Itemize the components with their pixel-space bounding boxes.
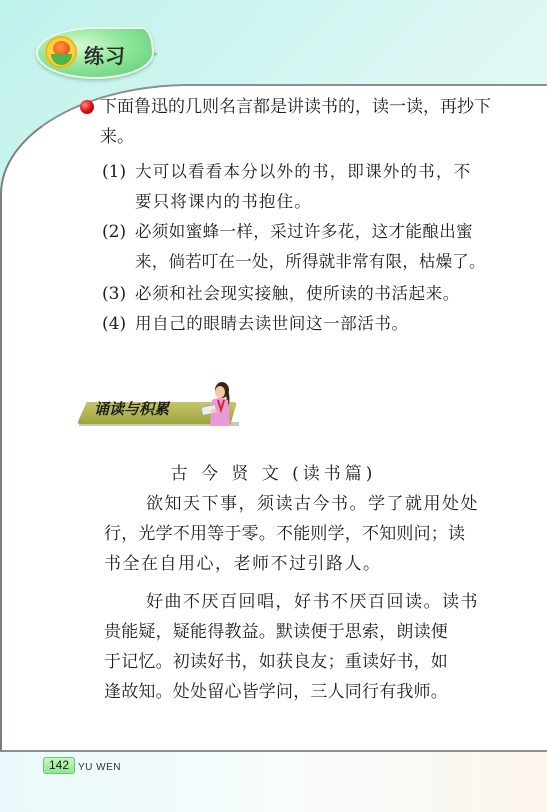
paragraph-2-line-3: 于记忆。初读好书，如获良友；重读好书，如 [104, 652, 448, 672]
quote-number-3: (3) [102, 284, 126, 304]
quote-1-line-2: 要只将课内的书抱住。 [135, 192, 312, 212]
instruction-line-1: 下面鲁迅的几则名言都是讲读书的，读一读，再抄下 [100, 97, 491, 117]
page-number-badge: 142 [43, 757, 75, 774]
quote-number-2: (2) [102, 222, 126, 242]
quote-2-line-2: 来，倘若叮在一处，所得就非常有限，枯燥了。 [135, 252, 486, 272]
footer-subject-label: YU WEN [78, 762, 121, 773]
red-ball-bullet-icon [80, 100, 94, 114]
paragraph-1-line-1: 欲知天下事，须读古今书。学了就用处处 [146, 494, 479, 514]
girl-reading-book-icon [196, 378, 244, 428]
paragraph-2-line-2: 贵能疑，疑能得教益。默读便于思索，朗读便 [104, 622, 448, 642]
quote-2-line-1: 必须如蜜蜂一样，采过许多花，这才能酿出蜜 [135, 222, 473, 242]
page-background-bottom [0, 752, 547, 812]
instruction-line-2: 来。 [100, 127, 134, 147]
quote-number-1: (1) [102, 162, 126, 182]
quote-1-line-1: 大可以看看本分以外的书，即课外的书，不 [135, 162, 471, 182]
quote-3-line-1: 必须和社会现实接触，使所读的书活起来。 [135, 284, 460, 304]
quote-4-line-1: 用自己的眼睛去读世间这一部活书。 [135, 314, 409, 334]
badge-title: 练习 [84, 40, 126, 69]
quote-number-4: (4) [102, 314, 126, 334]
paragraph-2-line-4: 逢故知。处处留心皆学问，三人同行有我师。 [104, 682, 448, 702]
banner-label: 诵读与积累 [94, 398, 169, 419]
sun-sprout-logo-icon [45, 36, 77, 68]
paragraph-1-line-2: 行，光学不用等于零。不能则学，不知则问；读 [104, 524, 465, 544]
paragraph-1-line-3: 书全在自用心，老师不过引路人。 [104, 554, 382, 574]
poem-title: 古 今 贤 文 (读书篇) [0, 459, 547, 484]
paragraph-2-line-1: 好曲不厌百回唱，好书不厌百回读。读书 [146, 592, 479, 612]
